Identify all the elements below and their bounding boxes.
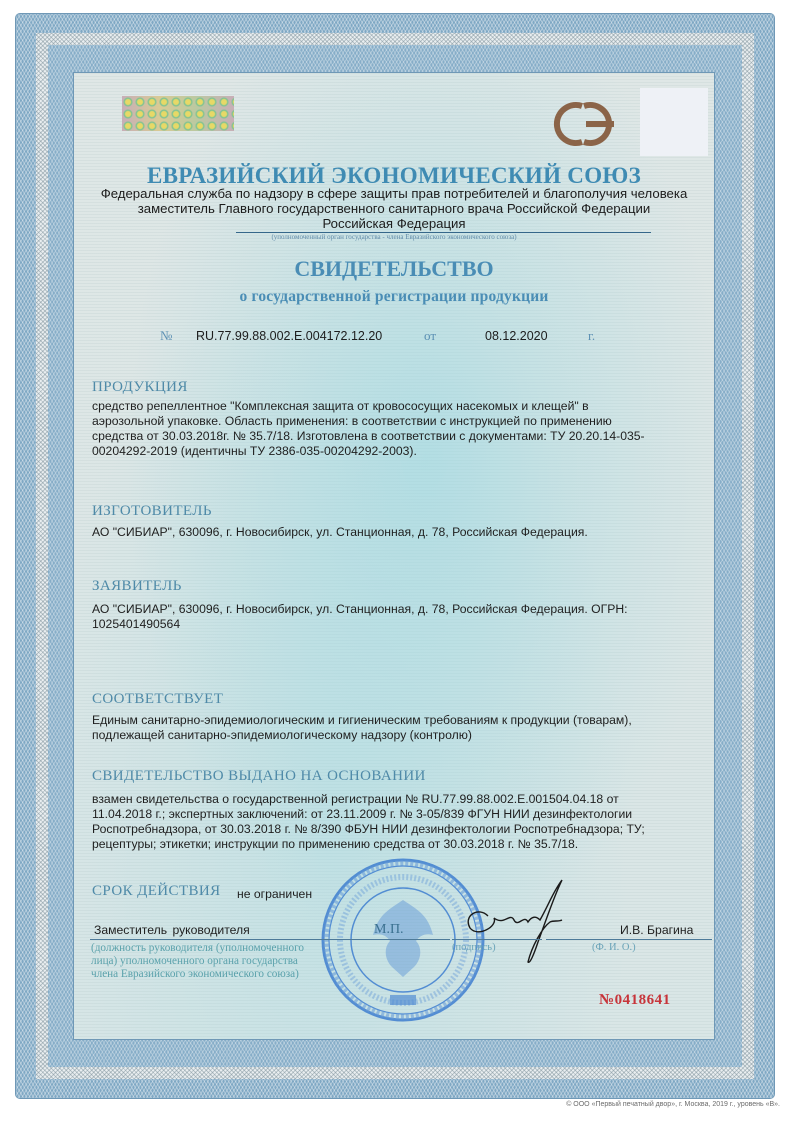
registration-number: RU.77.99.88.002.E.004172.12.20 — [196, 329, 382, 343]
position-underline — [90, 939, 450, 940]
signature-underline — [452, 939, 542, 940]
section-body-manufacturer: АО "СИБИАР", 630096, г. Новосибирск, ул.… — [92, 525, 704, 540]
text-line: Роспотребнадзора, от 30.03.2018 г. № 8/3… — [92, 822, 704, 837]
registration-date: 08.12.2020 — [485, 329, 548, 343]
text-line: АО "СИБИАР", 630096, г. Новосибирск, ул.… — [92, 602, 704, 617]
text-line: Единым санитарно-эпидемиологическим и ги… — [92, 713, 704, 728]
section-body-applicant: АО "СИБИАР", 630096, г. Новосибирск, ул.… — [92, 602, 704, 632]
caption-line: лица) уполномоченного органа государства — [91, 955, 351, 968]
text-line: средство репеллентное "Комплексная защит… — [92, 399, 704, 414]
caption-line: члена Евразийского экономического союза) — [91, 968, 351, 981]
validity-value: не ограничен — [237, 887, 312, 901]
watermark-box — [640, 88, 708, 156]
year-suffix: г. — [588, 328, 595, 344]
document-subtitle: о государственной регистрации продукции — [73, 288, 715, 306]
text-line: взамен свидетельства о государственной р… — [92, 792, 704, 807]
section-heading-basis: СВИДЕТЕЛЬСТВО ВЫДАНО НА ОСНОВАНИИ — [92, 768, 426, 785]
registration-row: № RU.77.99.88.002.E.004172.12.20 от 08.1… — [0, 328, 794, 348]
text-line: 00204292-2019 (идентичны ТУ 2386-035-002… — [92, 444, 704, 459]
signer-name: И.В. Брагина — [620, 923, 693, 937]
section-heading-product: ПРОДУКЦИЯ — [92, 379, 188, 396]
hologram-icon — [122, 96, 234, 131]
form-serial-number: №0418641 — [599, 992, 671, 1009]
issuer-line: Российская Федерация — [73, 216, 715, 231]
text-line: 11.04.2018 г.; экспертных заключений: от… — [92, 807, 704, 822]
signature-caption: (подпись) — [452, 942, 496, 953]
name-underline — [546, 939, 712, 940]
text-line: средства от 30.03.2018г. № 35.7/18. Изго… — [92, 429, 704, 444]
signer-position: Заместитель руководителя — [94, 923, 250, 937]
stamp-label: М.П. — [374, 922, 404, 938]
name-caption: (Ф. И. О.) — [592, 942, 636, 953]
section-body-conforms: Единым санитарно-эпидемиологическим и ги… — [92, 713, 704, 743]
ce-eac-logo-icon — [548, 96, 626, 152]
section-heading-validity: СРОК ДЕЙСТВИЯ — [92, 883, 221, 900]
section-heading-manufacturer: ИЗГОТОВИТЕЛЬ — [92, 503, 212, 520]
date-label: от — [424, 328, 436, 344]
text-line: подлежащей санитарно-эпидемиологическому… — [92, 728, 704, 743]
issuer-line: заместитель Главного государственного са… — [73, 201, 715, 216]
text-line: аэрозольной упаковке. Область применения… — [92, 414, 704, 429]
issuer-line: Федеральная служба по надзору в сфере за… — [73, 186, 715, 201]
position-caption: (должность руководителя (уполномоченного… — [91, 942, 351, 981]
text-line: 1025401490564 — [92, 617, 704, 632]
issuer-caption: (уполномоченный орган государства - член… — [73, 233, 715, 241]
section-heading-applicant: ЗАЯВИТЕЛЬ — [92, 578, 182, 595]
text-line: рецептуры; этикетки; инструкции по приме… — [92, 837, 704, 852]
issuing-authority: Федеральная служба по надзору в сфере за… — [73, 186, 715, 231]
section-body-basis: взамен свидетельства о государственной р… — [92, 792, 704, 852]
number-label: № — [160, 328, 172, 344]
section-heading-conforms: СООТВЕТСТВУЕТ — [92, 691, 223, 708]
caption-line: (должность руководителя (уполномоченного — [91, 942, 351, 955]
section-body-product: средство репеллентное "Комплексная защит… — [92, 399, 704, 459]
text-line: АО "СИБИАР", 630096, г. Новосибирск, ул.… — [92, 525, 704, 540]
document-title: СВИДЕТЕЛЬСТВО — [73, 256, 715, 282]
printer-imprint: © ООО «Первый печатный двор», г. Москва,… — [566, 1101, 780, 1108]
